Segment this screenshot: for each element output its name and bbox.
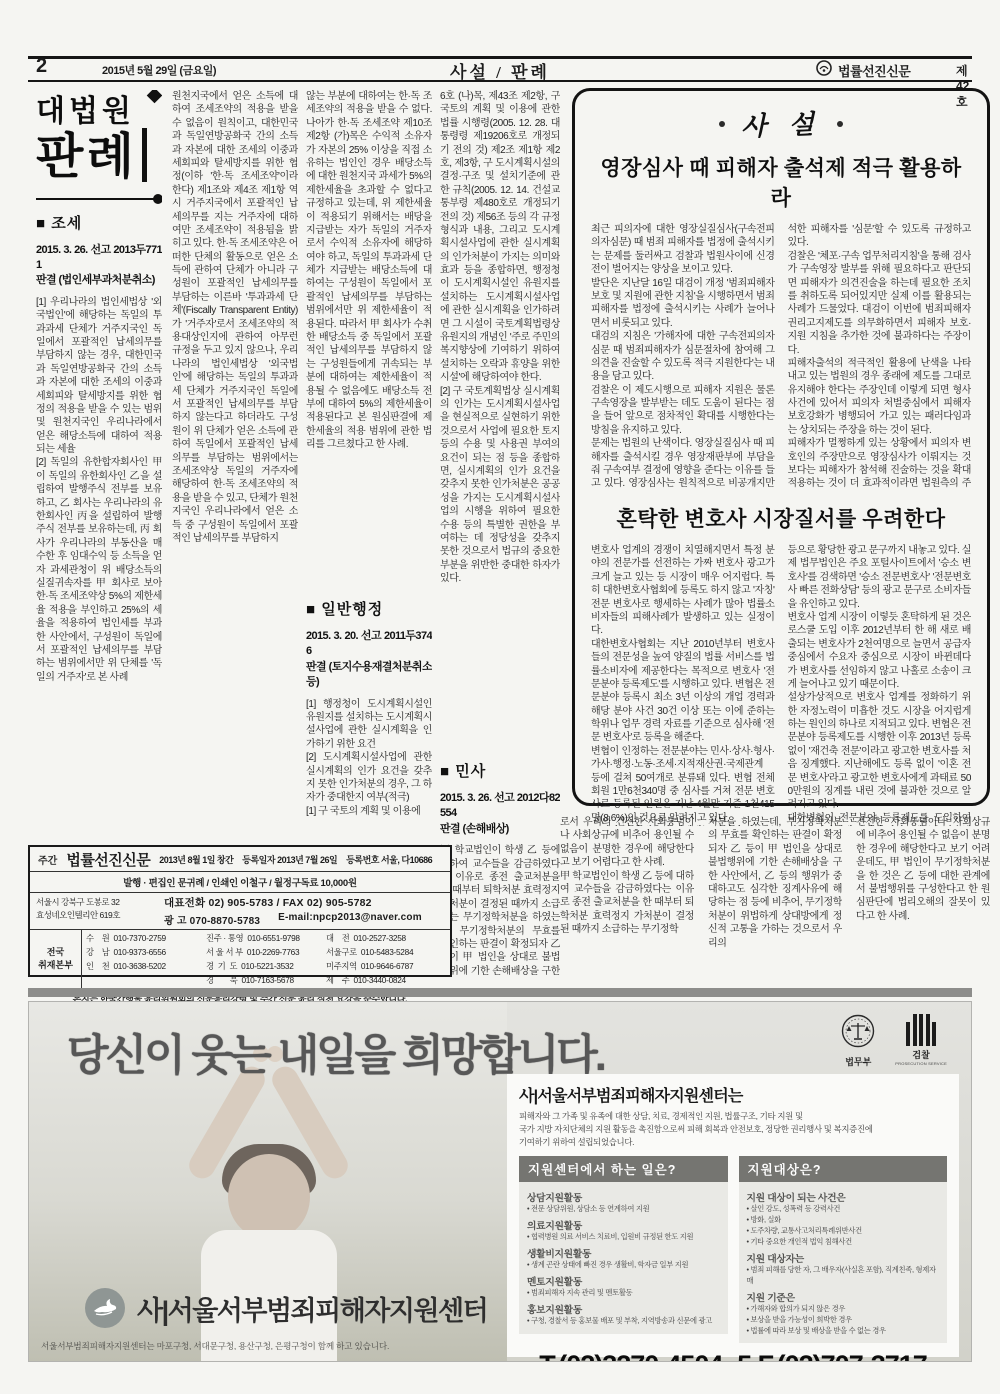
ad-box-support-title: 지원대상은? xyxy=(739,1156,948,1182)
admin-text-col4: 6호 (나)목, 제43조 제2항, 구 국토의 계획 및 이용에 관한 법률 … xyxy=(440,90,560,748)
newspaper-logo-icon xyxy=(816,60,832,81)
section-label-tax: ■ 조세 xyxy=(36,214,162,234)
bureau-cell: 제 주 010-3440-0824 xyxy=(326,974,446,986)
ad-service-heading: 멘토지원활동 xyxy=(527,1274,720,1288)
bureau-cell xyxy=(86,974,206,986)
publisher-info-box: 주간 법률선진신문 2013년 8월 1일 창간 등록일자 2013년 7월 2… xyxy=(28,845,452,977)
tax-case-citation: 2015. 3. 26. 선고 2013두7711 판결 (법인세부과처분취소) xyxy=(36,243,162,289)
admin-case-citation: 2015. 3. 20. 선고 2011두3746 판결 (토지수용재결처분취소… xyxy=(306,629,432,691)
ad-partners-line: 서울서부범죄피해자지원센터는 마포구청, 서대문구청, 용산구청, 은평구청이 … xyxy=(41,1340,503,1352)
moj-logo-label: 법무부 xyxy=(841,1055,875,1068)
publisher-weekly-label: 주간 xyxy=(38,852,57,867)
admin-case-name: 판결 (토지수용재결처분취소등) xyxy=(306,661,432,688)
editorial-1-title: 영장심사 때 피해자 출석제 적극 활용하라 xyxy=(591,152,971,212)
ad-service-heading: 생활비지원활동 xyxy=(527,1246,720,1260)
masthead-underline xyxy=(36,198,162,200)
prosecution-bars-icon xyxy=(895,1014,947,1046)
section-label-admin: ■ 일반행정 xyxy=(306,600,432,620)
page-header: 2 2015년 5월 29일 (금요일) 사설 / 판례 법률선진신문 제42호 xyxy=(28,59,972,79)
admin-citation-number: 2015. 3. 20. 선고 2011두3746 xyxy=(306,630,432,657)
publisher-registration-date: 등록일자 2013년 7월 26일 xyxy=(242,853,337,866)
bureau-cell: 수 원 010-7370-2759 xyxy=(86,932,206,944)
ad-service-heading: 의료지원활동 xyxy=(527,1218,720,1232)
ministry-of-justice-logo: 법무부 xyxy=(841,1014,875,1068)
editorial-2-col-left: 변호사 업계의 경쟁이 치열해지면서 특정 분야의 전문가를 선전하는 가짜 변… xyxy=(591,544,775,826)
civil-case-citation: 2015. 3. 26. 선고 2012다82554 판결 (손해배상) xyxy=(440,791,560,837)
ad-support-group-heading: 지원 기준은 xyxy=(747,1290,940,1304)
civil-case-name: 판결 (손해배상) xyxy=(440,823,509,835)
tax-text-col2: 원천지국에서 얻은 소득에 대하여 조세조약의 적용을 받을 수 없음이 원칙이… xyxy=(172,90,298,838)
editorial-label: 사 설 xyxy=(740,104,822,144)
ad-info-panel: 사|서울서부범죄피해자지원센터는 피해자와 그 가족 및 유족에 대한 상담, … xyxy=(507,1074,959,1357)
publisher-row-masthead: 주간 법률선진신문 2013년 8월 1일 창간 등록일자 2013년 7월 2… xyxy=(30,847,450,871)
bureau-cell: 미주지역 010-9646-6787 xyxy=(326,960,446,972)
column-2: 원천지국에서 얻은 소득에 대하여 조세조약의 적용을 받을 수 없음이 원칙이… xyxy=(172,90,298,838)
civil-text-col4: 甲 학교법인이 학생 乙 등에 대하여 교수들을 감금하였다는 이유로 종전 출… xyxy=(440,844,560,975)
publisher-phone-line: 대표전화 02) 905-5783 / FAX 02) 905-5782 xyxy=(164,895,444,910)
publisher-email: E-mail:npcp2013@naver.com xyxy=(278,912,422,927)
ad-org-heading: 사|서울서부범죄피해자지원센터는 xyxy=(519,1083,947,1106)
tax-text-col1: [1] 우리나라의 법인세법상 '외국법인'에 해당하는 독일의 투과과세 단체… xyxy=(36,296,162,816)
civil-continuation-col-2: 처분을 하였는데, 무기정학처분의 무효를 확인하는 판결이 확정되자 乙 등이… xyxy=(708,816,842,976)
publisher-staff-line: 발행 · 편집인 문귀례 / 인쇄인 이철구 / 월정구독료 10,000원 xyxy=(30,871,450,892)
publisher-ad-phone: 광 고 070-8870-5783 xyxy=(164,912,260,927)
ad-support-group-heading: 지원 대상자는 xyxy=(747,1251,940,1265)
editorial-label-row: 사 설 xyxy=(591,105,971,142)
editorial-1-body: 최근 피의자에 대한 영장실질심사(구속전피의자심문) 때 범죄 피해자를 법정… xyxy=(591,223,971,489)
editorial-box: 사 설 영장심사 때 피해자 출석제 적극 활용하라 최근 피의자에 대한 영장… xyxy=(572,88,990,806)
editorial-2-title: 혼탁한 변호사 시장질서를 우려한다 xyxy=(591,503,971,533)
ad-phone-numbers: T.(02)3270-4504~5 F.(02)707-3717 xyxy=(519,1350,947,1362)
publisher-bureau-grid: 수 원 010-7370-2759 진주 · 통영 010-6551-9798 … xyxy=(82,930,450,988)
masthead-accent-bar xyxy=(142,128,147,182)
editorial-dot-left xyxy=(719,121,725,127)
newspaper-page: 2 2015년 5월 29일 (금요일) 사설 / 판례 법률선진신문 제42호… xyxy=(0,0,1000,1394)
bureau-cell: 서울구로 010-5483-5284 xyxy=(326,946,446,958)
bureau-cell: 경 북 010-7163-5678 xyxy=(206,974,326,986)
editorial-2-body: 변호사 업계의 경쟁이 치열해지면서 특정 분야의 전문가를 선전하는 가짜 변… xyxy=(591,544,971,826)
advertisement: 당신이 웃는 내일을 희망합니다. 법무부 검찰 PROSECUTION SER… xyxy=(28,1001,972,1362)
tax-text-col3: 않는 부분에 대하여는 한·독 조세조약의 적용을 받을 수 없다. 나아가 한… xyxy=(306,90,432,586)
ad-separator-bar xyxy=(28,988,972,997)
civil-continuation-col-3: 건전한 사회통념이나 사회상규에 비추어 용인될 수 없음이 분명한 경우에 해… xyxy=(856,816,990,976)
bureau-cell: 경 기 도 010-5221-3532 xyxy=(206,960,326,972)
ad-service-detail: • 생계 곤란 상태에 빠진 경우 생활비, 학자금 일부 지원 xyxy=(527,1260,720,1271)
bureau-cell: 진주 · 통영 010-6551-9798 xyxy=(206,932,326,944)
publisher-registration-number: 등록번호 서울, 다10686 xyxy=(346,853,432,866)
ad-support-group-items: • 범죄 피해를 당한 자, 그 배우자(사실혼 포함), 직계친족, 형제자매 xyxy=(747,1265,940,1287)
civil-citation-number: 2015. 3. 26. 선고 2012다82554 xyxy=(440,792,560,819)
publisher-address: 서울시 강북구 도봉로 32 효성네오인텔리안 619호 xyxy=(30,893,158,929)
ad-org-name: 사|서울서부범죄피해자지원센터 xyxy=(137,1289,487,1328)
civil-cont2-text: 처분을 하였는데, 무기정학처분의 무효를 확인하는 판결이 확정되자 乙 등이… xyxy=(708,816,842,976)
ad-org-description: 피해자와 그 가족 및 유족에 대한 상담, 치료, 경제적인 지원, 법률구조… xyxy=(519,1110,947,1149)
ad-service-detail: • 구청, 경찰서 등 홍보물 배포 및 부착, 지역방송과 신문에 광고 xyxy=(527,1316,720,1327)
publisher-paper-name: 법률선진신문 xyxy=(66,849,150,870)
ad-support-group-items: • 살인 강도, 성폭력 등 강력사건 • 방화, 실화 • 도주차량, 교통사… xyxy=(747,1204,940,1248)
admin-text-col3: [1] 행정청이 도시계획시설인 유원지를 설치하는 도시계획시설사업에 관한 … xyxy=(306,698,432,838)
column-3: 않는 부분에 대하여는 한·독 조세조약의 적용을 받을 수 없다. 나아가 한… xyxy=(306,90,432,838)
ad-box-what-we-do: 지원센터에서 하는 일은? 상담지원활동 • 전문 상담위원, 상담소 등 연계… xyxy=(519,1156,728,1343)
editorial-1-col-right: 석한 피해자를 '심문'할 수 있도록 규정하고 있다. 검찰은 '체포·구속 … xyxy=(788,223,972,489)
ad-service-detail: • 협력병원 의료 서비스 치료비, 입원비 규정된 한도 지원 xyxy=(527,1232,720,1243)
editorial-1-col-left: 최근 피의자에 대한 영장실질심사(구속전피의자심문) 때 범죄 피해자를 법정… xyxy=(591,223,775,489)
prosecution-logo-label: 검찰 xyxy=(895,1048,947,1061)
publisher-bureau-row: 전국 취재본부 수 원 010-7370-2759 진주 · 통영 010-65… xyxy=(30,929,450,988)
ad-box-what-we-do-title: 지원센터에서 하는 일은? xyxy=(519,1156,728,1182)
civil-cont1-text: 로서 우리의 건전한 사회통념이나 사회상규에 비추어 용인될 수 없음이 분명… xyxy=(560,816,694,976)
editorial-2-col-right: 등으로 황당한 광고 문구까지 내놓고 있다. 실제 법무법인은 주요 포털사이… xyxy=(788,544,972,826)
editorial-dot-right xyxy=(837,121,843,127)
scales-of-justice-icon xyxy=(841,1014,875,1048)
ad-service-heading: 홍보지원활동 xyxy=(527,1302,720,1316)
header-bottom-rule xyxy=(28,80,972,82)
ad-box-support-targets: 지원대상은? 지원 대상이 되는 사건은 • 살인 강도, 성폭력 등 강력사건… xyxy=(739,1156,948,1343)
masthead-line2: 판례 xyxy=(36,133,137,182)
column-4: 6호 (나)목, 제43조 제2항, 구 국토의 계획 및 이용에 관한 법률 … xyxy=(440,90,560,975)
ad-support-group-heading: 지원 대상이 되는 사건은 xyxy=(747,1190,940,1204)
bureau-cell: 대 전 010-2527-3258 xyxy=(326,932,446,944)
bureau-cell: 서 울 서 부 010-2269-7763 xyxy=(206,946,326,958)
civil-cont3-text: 건전한 사회통념이나 사회상규에 비추어 용인될 수 없음이 분명한 경우에 해… xyxy=(856,816,990,976)
dove-icon xyxy=(85,1288,125,1328)
bureau-cell: 인 천 010-3638-5202 xyxy=(86,960,206,972)
ad-logos: 법무부 검찰 PROSECUTION SERVICE xyxy=(841,1014,947,1068)
publisher-row-contact: 서울시 강북구 도봉로 32 효성네오인텔리안 619호 대표전화 02) 90… xyxy=(30,892,450,929)
supreme-court-masthead: 대법원 판례 xyxy=(36,90,162,200)
prosecution-logo-subtitle: PROSECUTION SERVICE xyxy=(895,1061,947,1066)
ad-org-name-row: 사|서울서부범죄피해자지원센터 xyxy=(85,1288,487,1328)
bureau-cell: 강 남 010-9373-6556 xyxy=(86,946,206,958)
tax-case-name: 판결 (법인세부과처분취소) xyxy=(36,274,155,286)
ad-service-heading: 상담지원활동 xyxy=(527,1190,720,1204)
section-label-civil: ■ 민사 xyxy=(440,762,560,782)
tax-citation-number: 2015. 3. 26. 선고 2013두7711 xyxy=(36,244,162,271)
newspaper-name: 법률선진신문 xyxy=(838,61,910,80)
ad-support-group-items: • 가해자와 합의가 되지 않은 경우 • 보상을 받을 가능성이 희박한 경우… xyxy=(747,1304,940,1337)
column-1: 대법원 판례 ■ 조세 2015. 3. 26. 선고 2013두7711 판결… xyxy=(36,90,162,838)
civil-continuation-col-1: 로서 우리의 건전한 사회통념이나 사회상규에 비추어 용인될 수 없음이 분명… xyxy=(560,816,694,976)
masthead-line1: 대법원 xyxy=(36,96,162,128)
publisher-bureau-label: 전국 취재본부 xyxy=(30,930,82,988)
child-face xyxy=(228,1154,310,1240)
prosecution-service-logo: 검찰 PROSECUTION SERVICE xyxy=(895,1014,947,1066)
ad-service-detail: • 범죄피해자 지속 관리 및 멘토활동 xyxy=(527,1288,720,1299)
ad-service-detail: • 전문 상담위원, 상담소 등 연계하여 지원 xyxy=(527,1204,720,1215)
publisher-founded: 2013년 8월 1일 창간 xyxy=(159,853,233,866)
masthead-end-dot xyxy=(153,194,162,204)
